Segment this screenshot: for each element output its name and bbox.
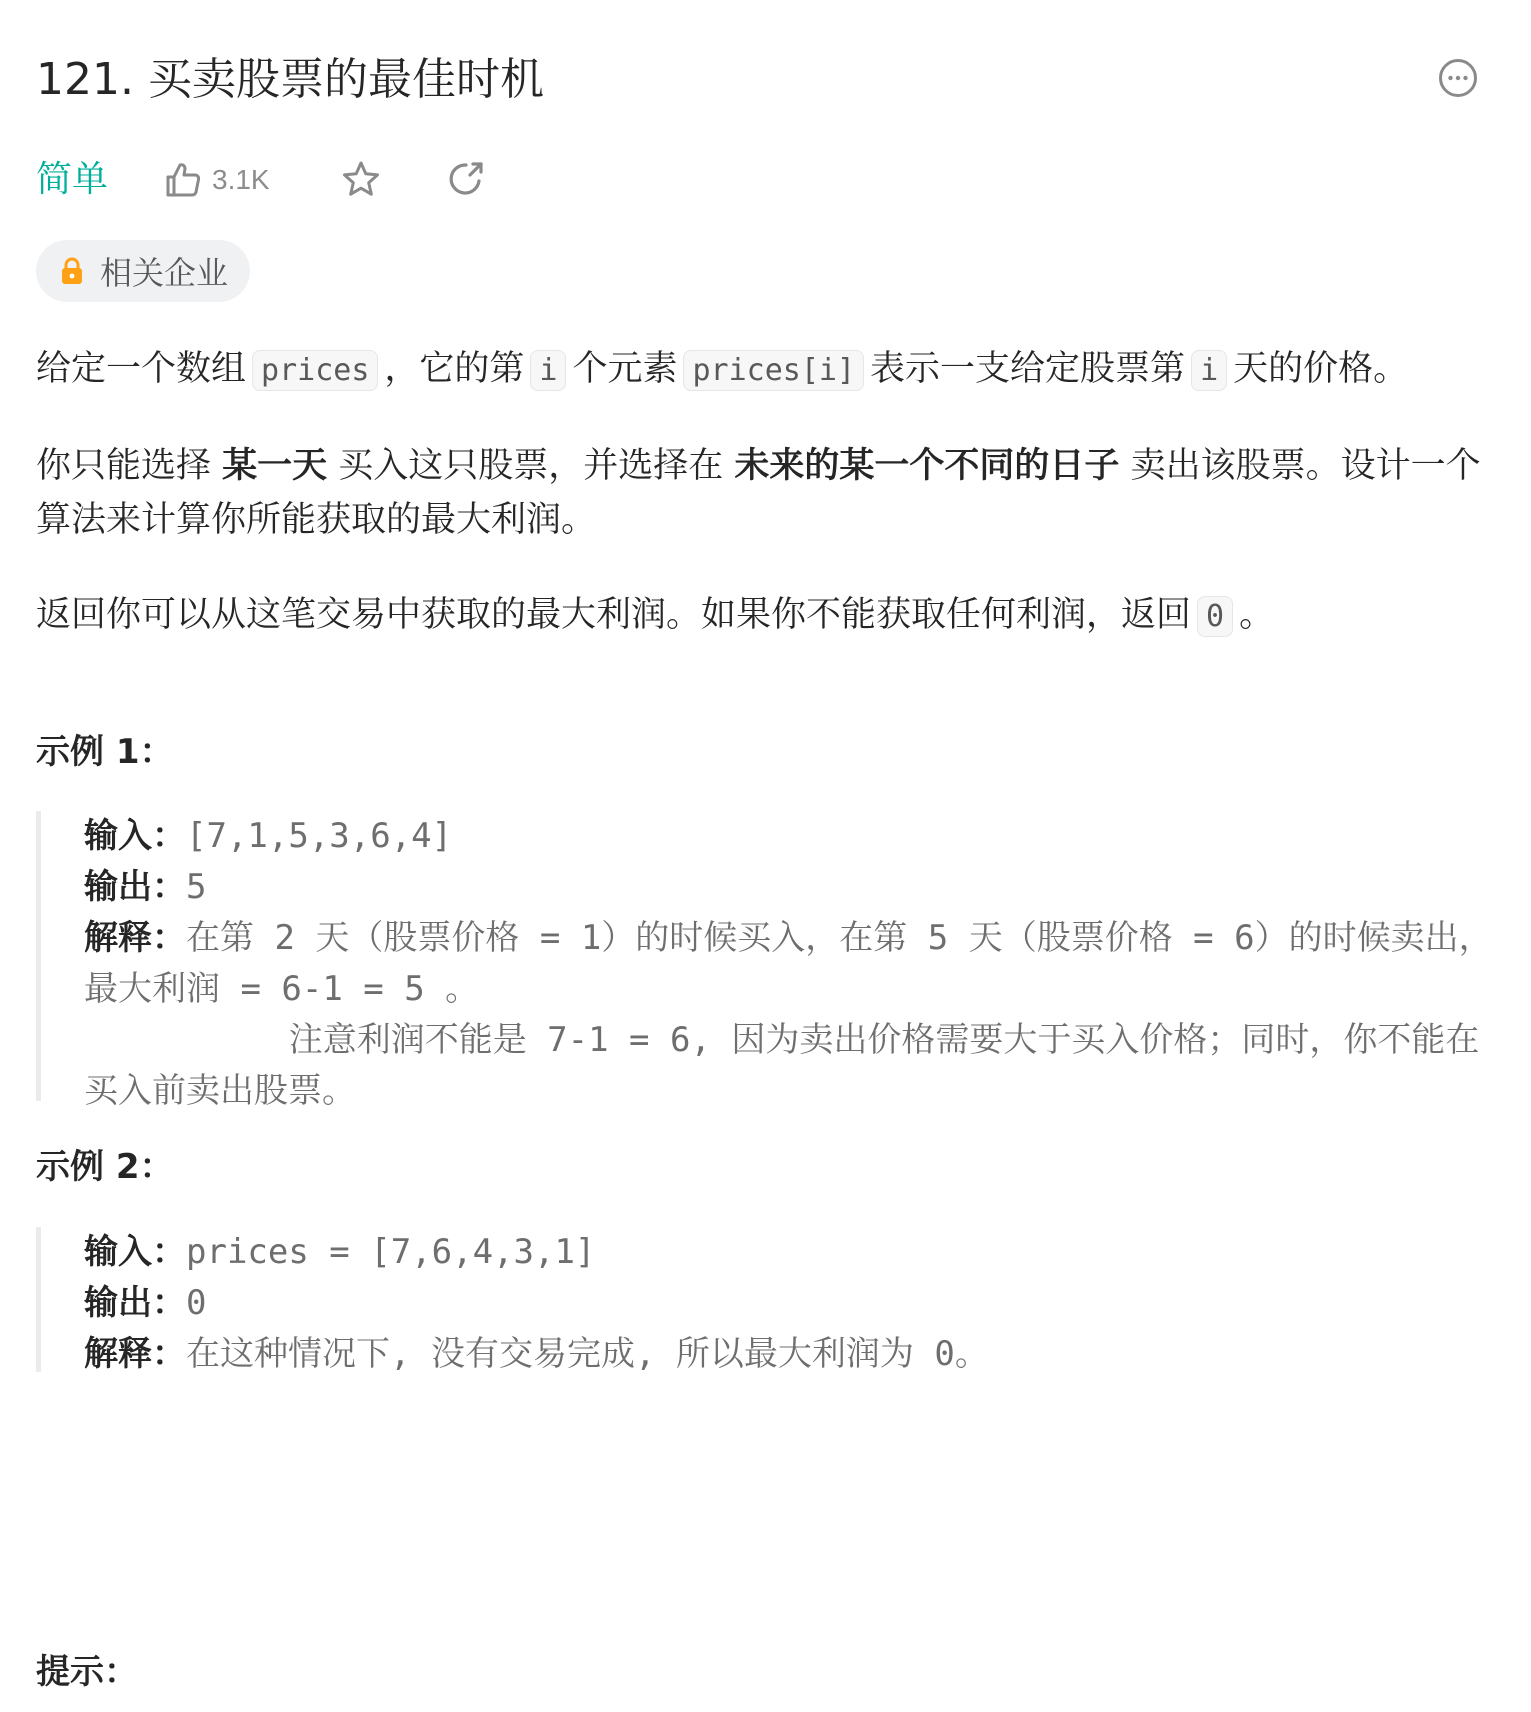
problem-title: 121. 买卖股票的最佳时机 <box>36 50 544 110</box>
text: ，它的第 <box>384 349 524 389</box>
example-output-line: 输出：0 <box>84 1278 1496 1329</box>
thumbs-up-icon <box>164 161 202 199</box>
inline-code: i <box>530 350 566 391</box>
inline-code: prices <box>252 350 378 391</box>
description-paragraph: 给定一个数组prices，它的第i个元素prices[i]表示一支给定股票第i天… <box>36 342 1496 398</box>
example-1-heading: 示例 1： <box>36 730 174 774</box>
emphasis: 未来的某一个不同的日子 <box>734 446 1119 486</box>
text: 买入这只股票，并选择在 <box>327 446 734 486</box>
example-2-block: 输入：prices = [7,6,4,3,1] 输出：0 解释：在这种情况下, … <box>36 1227 1496 1372</box>
text: 。 <box>1239 595 1274 635</box>
text: 返回你可以从这笔交易中获取的最大利润。如果你不能获取任何利润，返回 <box>36 595 1191 635</box>
hints-heading: 提示： <box>36 1650 138 1694</box>
title-row: 121. 买卖股票的最佳时机 <box>36 50 1496 110</box>
example-explanation-line: 解释：在这种情况下, 没有交易完成, 所以最大利润为 0。 <box>84 1329 1496 1380</box>
text: 个元素 <box>572 349 677 389</box>
inline-code: prices[i] <box>683 350 864 391</box>
example-input-line: 输入：[7,1,5,3,6,4] <box>84 811 1496 862</box>
input-label: 输入： <box>84 816 186 856</box>
inline-code: i <box>1191 350 1227 391</box>
share-icon <box>446 159 486 199</box>
output-value: 0 <box>186 1283 206 1323</box>
like-count: 3.1K <box>212 164 270 196</box>
meta-row: 简单 3.1K <box>36 150 836 206</box>
text: 表示一支给定股票第 <box>870 349 1185 389</box>
input-label: 输入： <box>84 1232 186 1272</box>
explanation-label: 解释： <box>84 918 186 958</box>
example-1-block: 输入：[7,1,5,3,6,4] 输出：5 解释：在第 2 天（股票价格 = 1… <box>36 811 1496 1101</box>
text: 给定一个数组 <box>36 349 246 389</box>
star-icon <box>340 159 382 201</box>
example-output-line: 输出：5 <box>84 862 1496 913</box>
example-2-heading: 示例 2： <box>36 1145 174 1189</box>
inline-code: 0 <box>1197 596 1233 637</box>
favorite-button[interactable] <box>340 159 382 201</box>
output-value: 5 <box>186 867 206 907</box>
explanation-value: 在这种情况下, 没有交易完成, 所以最大利润为 0。 <box>186 1334 989 1374</box>
difficulty-label: 简单 <box>36 158 108 202</box>
input-value: [7,1,5,3,6,4] <box>186 816 452 856</box>
more-options-icon <box>1438 58 1478 98</box>
share-button[interactable] <box>446 159 486 199</box>
more-options-button[interactable] <box>1438 58 1478 98</box>
output-label: 输出： <box>84 867 186 907</box>
description-paragraph: 返回你可以从这笔交易中获取的最大利润。如果你不能获取任何利润，返回0。 <box>36 588 1496 644</box>
output-label: 输出： <box>84 1283 186 1323</box>
related-companies-tag[interactable]: 相关企业 <box>36 240 250 302</box>
text: 天的价格。 <box>1233 349 1408 389</box>
emphasis: 某一天 <box>222 446 327 486</box>
lock-icon <box>60 257 84 285</box>
explanation-label: 解释： <box>84 1334 186 1374</box>
example-input-line: 输入：prices = [7,6,4,3,1] <box>84 1227 1496 1278</box>
text: 你只能选择 <box>36 446 222 486</box>
explanation-value: 在第 2 天（股票价格 = 1）的时候买入，在第 5 天（股票价格 = 6）的时… <box>84 918 1493 1111</box>
problem-description: 给定一个数组prices，它的第i个元素prices[i]表示一支给定股票第i天… <box>36 342 1496 685</box>
like-button[interactable]: 3.1K <box>164 158 270 202</box>
example-explanation-line: 解释：在第 2 天（股票价格 = 1）的时候买入，在第 5 天（股票价格 = 6… <box>84 913 1496 1117</box>
related-companies-label: 相关企业 <box>100 248 228 294</box>
input-value: prices = [7,6,4,3,1] <box>186 1232 595 1272</box>
description-paragraph: 你只能选择 某一天 买入这只股票，并选择在 未来的某一个不同的日子 卖出该股票。… <box>36 439 1496 547</box>
